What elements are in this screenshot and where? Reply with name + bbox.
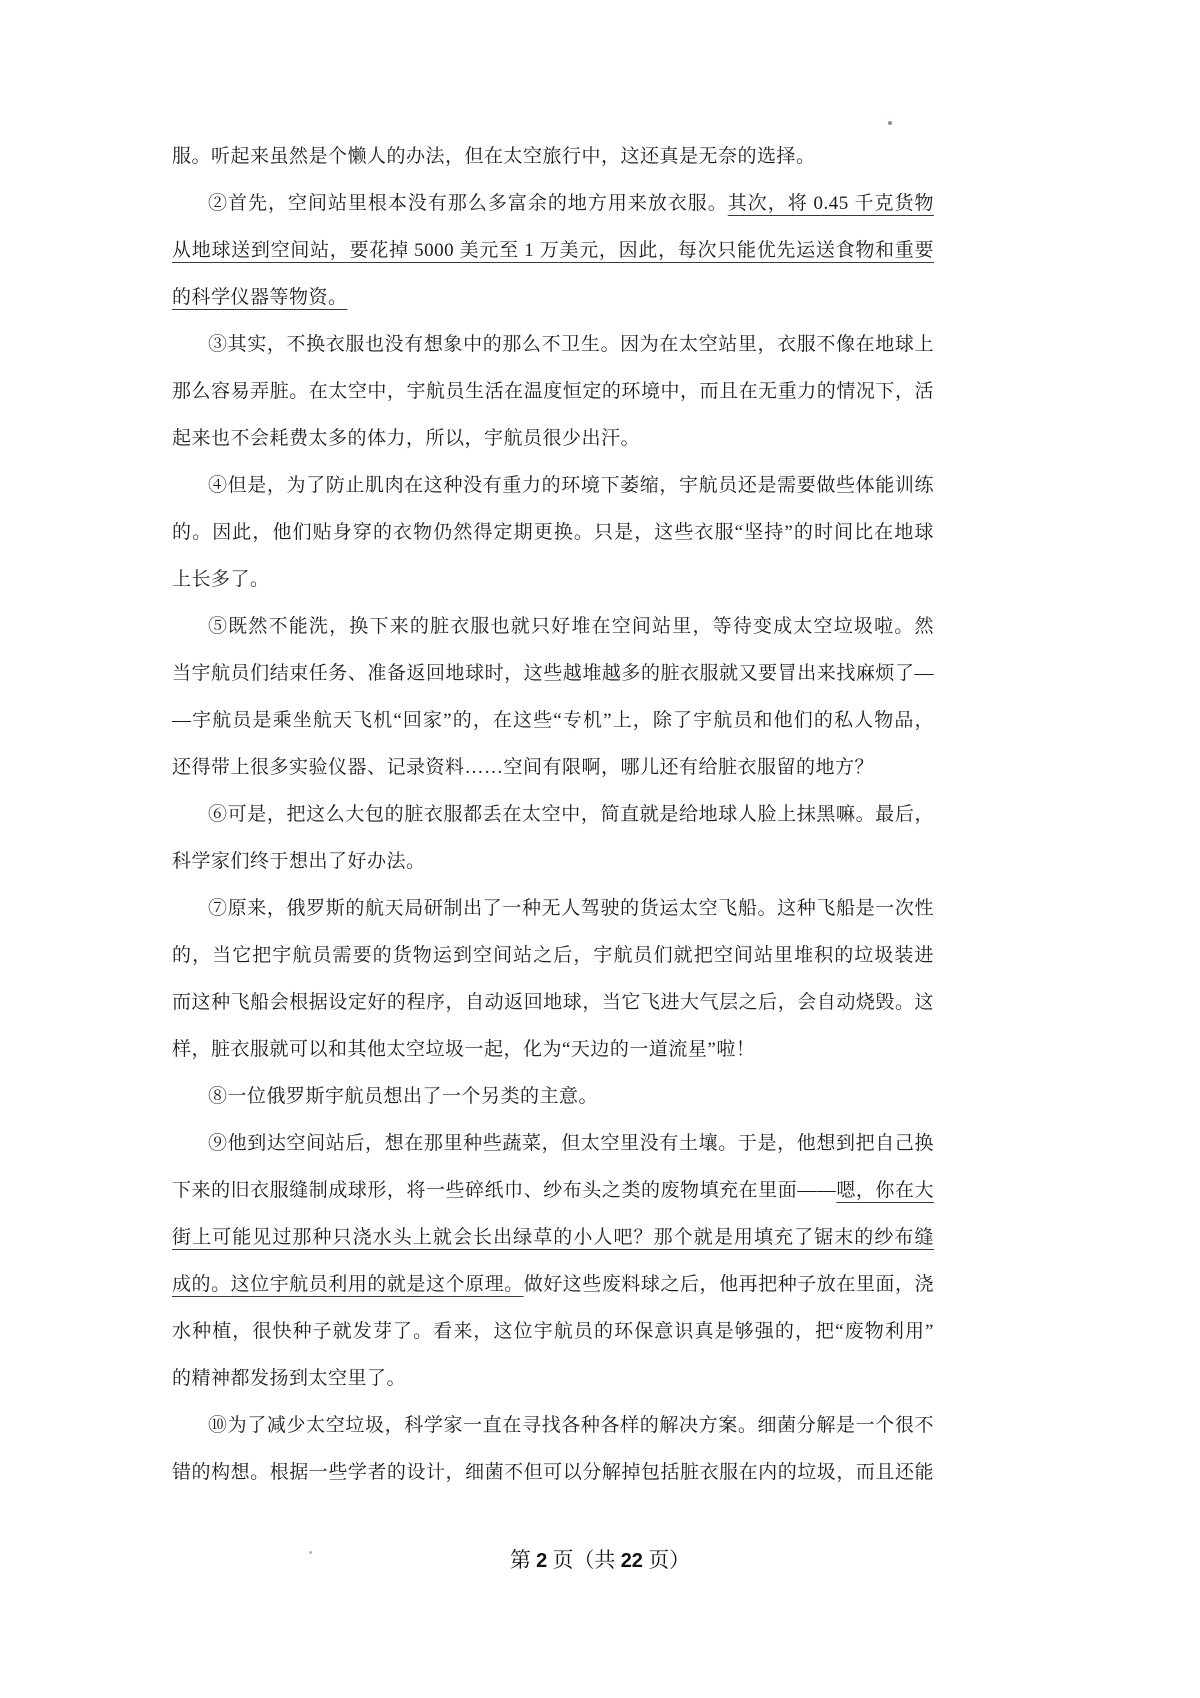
text-line: ③其实，不换衣服也没有想象中的那么不卫生。因为在太空站里，衣服不像在地球上 bbox=[172, 321, 934, 368]
underlined-segment: 街上可能见过那种只浇水头上就会长出绿草的小人吧？那个就是用填充了锯末的纱布缝 bbox=[172, 1227, 934, 1248]
text-segment: 的，当它把宇航员需要的货物运到空间站之后，宇航员们就把空间站里堆积的垃圾装进去。 bbox=[172, 945, 934, 979]
text-line: 从地球送到空间站，要花掉 5000 美元至 1 万美元，因此，每次只能优先运送食… bbox=[172, 227, 934, 274]
text-segment: 科学家们终于想出了好办法。 bbox=[172, 851, 426, 872]
text-segment: ④但是，为了防止肌肉在这种没有重力的环境下萎缩，宇航员还是需要做些体能训练 bbox=[208, 475, 934, 496]
text-segment: 的。因此，他们贴身穿的衣物仍然得定期更换。只是，这些衣服“坚持”的时间比在地球 bbox=[172, 522, 934, 543]
text-segment: ⑧一位俄罗斯宇航员想出了一个另类的主意。 bbox=[208, 1086, 598, 1107]
text-segment: 上长多了。 bbox=[172, 569, 270, 590]
text-segment: ②首先，空间站里根本没有那么多富余的地方用来放衣服。 bbox=[208, 193, 728, 214]
text-segment: 当宇航员们结束任务、准备返回地球时，这些越堆越多的脏衣服就又要冒出来找麻烦了— bbox=[172, 663, 934, 684]
text-segment: ⑨他到达空间站后，想在那里种些蔬菜，但太空里没有土壤。于是，他想到把自己换 bbox=[208, 1133, 934, 1154]
underlined-segment: 其次，将 0.45 千克货物 bbox=[728, 193, 934, 214]
page-number-value: 2 bbox=[536, 1550, 547, 1572]
text-line: 还得带上很多实验仪器、记录资料……空间有限啊，哪儿还有给脏衣服留的地方？ bbox=[172, 744, 934, 791]
text-line: 成的。这位宇航员利用的就是这个原理。做好这些废料球之后，他再把种子放在里面，浇 bbox=[172, 1261, 934, 1308]
text-line: 的科学仪器等物资。 bbox=[172, 274, 934, 321]
text-segment: ⑤既然不能洗，换下来的脏衣服也就只好堆在空间站里，等待变成太空垃圾啦。然而， bbox=[172, 616, 934, 650]
text-line: ⑧一位俄罗斯宇航员想出了一个另类的主意。 bbox=[172, 1073, 934, 1120]
text-segment: ⑦原来，俄罗斯的航天局研制出了一种无人驾驶的货运太空飞船。这种飞船是一次性 bbox=[208, 898, 934, 919]
page-number-label: 第 bbox=[510, 1548, 536, 1572]
text-segment: —宇航员是乘坐航天飞机“回家”的，在这些“专机”上，除了宇航员和他们的私人物品， bbox=[172, 710, 934, 731]
text-line: 上长多了。 bbox=[172, 556, 934, 603]
text-segment: ⑥可是，把这么大包的脏衣服都丢在太空中，简直就是给地球人脸上抹黑嘛。最后， bbox=[208, 804, 934, 825]
text-segment: 还得带上很多实验仪器、记录资料……空间有限啊，哪儿还有给脏衣服留的地方？ bbox=[172, 757, 874, 778]
text-line: 科学家们终于想出了好办法。 bbox=[172, 838, 934, 885]
text-line: 水种植，很快种子就发芽了。看来，这位宇航员的环保意识真是够强的，把“废物利用” bbox=[172, 1308, 934, 1355]
page-number-label: 页（共 bbox=[547, 1548, 621, 1572]
text-line: 那么容易弄脏。在太空中，宇航员生活在温度恒定的环境中，而且在无重力的情况下，活 bbox=[172, 368, 934, 415]
text-line: —宇航员是乘坐航天飞机“回家”的，在这些“专机”上，除了宇航员和他们的私人物品， bbox=[172, 697, 934, 744]
text-line: 的，当它把宇航员需要的货物运到空间站之后，宇航员们就把空间站里堆积的垃圾装进去。 bbox=[172, 932, 934, 979]
text-line: 起来也不会耗费太多的体力，所以，宇航员很少出汗。 bbox=[172, 415, 934, 462]
text-line: 的精神都发扬到太空里了。 bbox=[172, 1355, 934, 1402]
page-number-label: 页） bbox=[643, 1548, 690, 1572]
text-line: 服。听起来虽然是个懒人的办法，但在太空旅行中，这还真是无奈的选择。 bbox=[172, 133, 934, 180]
text-line: ⑩为了减少太空垃圾，科学家一直在寻找各种各样的解决方案。细菌分解是一个很不 bbox=[172, 1402, 934, 1449]
text-line: ④但是，为了防止肌肉在这种没有重力的环境下萎缩，宇航员还是需要做些体能训练 bbox=[172, 462, 934, 509]
text-line: ⑦原来，俄罗斯的航天局研制出了一种无人驾驶的货运太空飞船。这种飞船是一次性 bbox=[172, 885, 934, 932]
text-segment: 的精神都发扬到太空里了。 bbox=[172, 1368, 406, 1389]
text-line: 样，脏衣服就可以和其他太空垃圾一起，化为“天边的一道流星”啦！ bbox=[172, 1026, 934, 1073]
text-line: 的。因此，他们贴身穿的衣物仍然得定期更换。只是，这些衣服“坚持”的时间比在地球 bbox=[172, 509, 934, 556]
text-segment: 起来也不会耗费太多的体力，所以，宇航员很少出汗。 bbox=[172, 428, 640, 449]
text-segment: 服。听起来虽然是个懒人的办法，但在太空旅行中，这还真是无奈的选择。 bbox=[172, 146, 816, 167]
scan-artifact-dot bbox=[309, 1551, 312, 1554]
text-line: ⑨他到达空间站后，想在那里种些蔬菜，但太空里没有土壤。于是，他想到把自己换 bbox=[172, 1120, 934, 1167]
text-segment: ③其实，不换衣服也没有想象中的那么不卫生。因为在太空站里，衣服不像在地球上 bbox=[208, 334, 934, 355]
underlined-segment: 从地球送到空间站，要花掉 5000 美元至 1 万美元，因此，每次只能优先运送食… bbox=[172, 240, 934, 261]
text-line: 而这种飞船会根据设定好的程序，自动返回地球，当它飞进大气层之后，会自动烧毁。这 bbox=[172, 979, 934, 1026]
document-body: 服。听起来虽然是个懒人的办法，但在太空旅行中，这还真是无奈的选择。②首先，空间站… bbox=[172, 133, 934, 1496]
text-segment: 水种植，很快种子就发芽了。看来，这位宇航员的环保意识真是够强的，把“废物利用” bbox=[172, 1321, 934, 1342]
scan-artifact-dot bbox=[888, 121, 892, 125]
underlined-segment: 嗯，你在大 bbox=[836, 1180, 934, 1201]
underlined-segment: 成的。这位宇航员利用的就是这个原理。 bbox=[172, 1274, 524, 1295]
text-line: ⑤既然不能洗，换下来的脏衣服也就只好堆在空间站里，等待变成太空垃圾啦。然而， bbox=[172, 603, 934, 650]
text-line: ⑥可是，把这么大包的脏衣服都丢在太空中，简直就是给地球人脸上抹黑嘛。最后， bbox=[172, 791, 934, 838]
text-line: 下来的旧衣服缝制成球形，将一些碎纸巾、纱布头之类的废物填充在里面——嗯，你在大 bbox=[172, 1167, 934, 1214]
text-line: 错的构想。根据一些学者的设计，细菌不但可以分解掉包括脏衣服在内的垃圾，而且还能 bbox=[172, 1449, 934, 1496]
text-segment: 而这种飞船会根据设定好的程序，自动返回地球，当它飞进大气层之后，会自动烧毁。这 bbox=[172, 992, 934, 1013]
text-segment: 错的构想。根据一些学者的设计，细菌不但可以分解掉包括脏衣服在内的垃圾，而且还能 bbox=[172, 1462, 934, 1483]
page-number-footer: 第 2 页（共 22 页） bbox=[0, 1545, 1200, 1576]
text-segment: 样，脏衣服就可以和其他太空垃圾一起，化为“天边的一道流星”啦！ bbox=[172, 1039, 755, 1060]
text-line: 街上可能见过那种只浇水头上就会长出绿草的小人吧？那个就是用填充了锯末的纱布缝 bbox=[172, 1214, 934, 1261]
text-segment: 下来的旧衣服缝制成球形，将一些碎纸巾、纱布头之类的废物填充在里面—— bbox=[172, 1180, 836, 1201]
underlined-segment: 的科学仪器等物资。 bbox=[172, 287, 348, 308]
text-segment: 那么容易弄脏。在太空中，宇航员生活在温度恒定的环境中，而且在无重力的情况下，活 bbox=[172, 381, 934, 402]
page-number-value: 22 bbox=[621, 1550, 643, 1572]
text-line: ②首先，空间站里根本没有那么多富余的地方用来放衣服。其次，将 0.45 千克货物 bbox=[172, 180, 934, 227]
text-segment: ⑩为了减少太空垃圾，科学家一直在寻找各种各样的解决方案。细菌分解是一个很不 bbox=[208, 1415, 934, 1436]
document-page: 服。听起来虽然是个懒人的办法，但在太空旅行中，这还真是无奈的选择。②首先，空间站… bbox=[0, 0, 1200, 1698]
text-segment: 做好这些废料球之后，他再把种子放在里面，浇 bbox=[524, 1274, 934, 1295]
text-line: 当宇航员们结束任务、准备返回地球时，这些越堆越多的脏衣服就又要冒出来找麻烦了— bbox=[172, 650, 934, 697]
